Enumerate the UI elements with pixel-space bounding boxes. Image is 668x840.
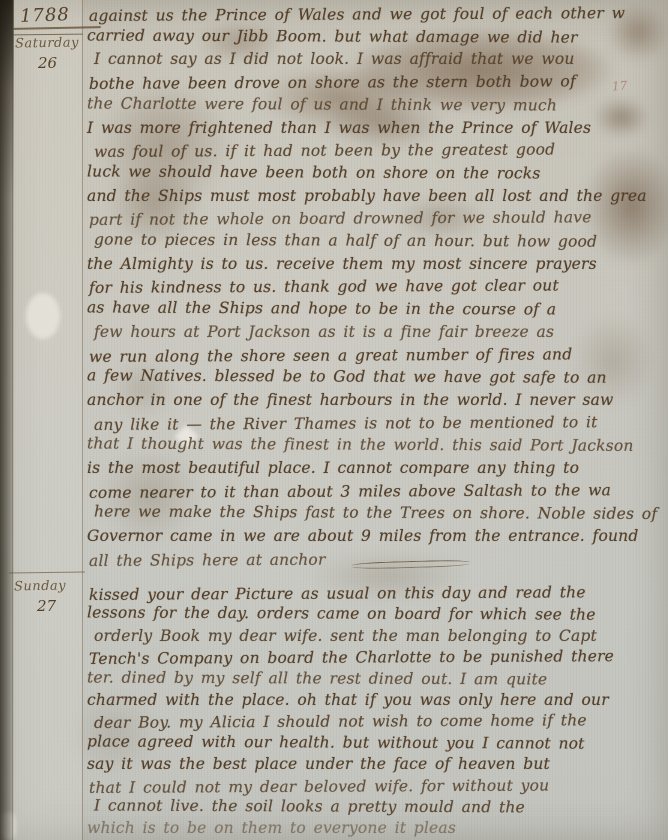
manuscript-line: which is to be on them to everyone it pl… xyxy=(87,818,668,839)
entry-day-label: Saturday xyxy=(15,35,79,51)
entry-day-label: Sunday xyxy=(14,579,66,595)
manuscript-line: Tench's Company on board the Charlotte t… xyxy=(89,645,668,670)
manuscript-line: charmed with the place. oh that if you w… xyxy=(87,690,668,711)
manuscript-line: lessons for the day. orders came on boar… xyxy=(87,603,668,628)
manuscript-line: few hours at Port Jackson as it is a fin… xyxy=(94,321,668,344)
manuscript-line: luck we should have been both on shore o… xyxy=(87,160,668,186)
manuscript-line: I was more frightened than I was when th… xyxy=(87,117,668,140)
manuscript-line: orderly Book my dear wife. sent the man … xyxy=(94,626,668,647)
manuscript-line: carried away our Jibb Boom. but what dam… xyxy=(87,24,668,50)
entry-date: 26 xyxy=(38,54,57,72)
manuscript-line: as have all the Ships and hope to be in … xyxy=(87,297,668,323)
date-margin-column xyxy=(13,0,82,840)
manuscript-line: the Charlotte were foul of us and I thin… xyxy=(87,92,668,118)
manuscript-line: the Almighty is to us. receive them my m… xyxy=(87,253,668,276)
manuscript-line: that I thought was the finest in the wor… xyxy=(87,433,668,459)
manuscript-line: say it was the best place under the face… xyxy=(87,754,668,775)
manuscript-line: anchor in one of the finest harbours in … xyxy=(87,389,668,412)
manuscript-line: was foul of us. if it had not been by th… xyxy=(94,137,668,163)
manuscript-line: here we make the Ships fast to the Trees… xyxy=(94,501,668,527)
manuscript-line: is the most beautiful place. I cannot co… xyxy=(87,457,668,480)
manuscript-line: ter. dined by my self all the rest dined… xyxy=(87,667,668,692)
manuscript-page: 1788 Saturday 26 Sunday 27 against us th… xyxy=(0,0,668,840)
entry-text-saturday-26: against us the Prince of Wales and we go… xyxy=(87,3,668,571)
margin-rule-line xyxy=(82,0,83,840)
manuscript-line: gone to pieces in less than a half of an… xyxy=(94,228,668,254)
manuscript-line: a few Natives. blessed be to God that we… xyxy=(87,365,668,391)
pencil-annotation: 17 xyxy=(612,78,628,93)
manuscript-line: bothe have been drove on shore as the st… xyxy=(89,69,668,95)
year-heading: 1788 xyxy=(20,4,71,27)
manuscript-line: and the Ships must most probably have be… xyxy=(87,185,668,208)
manuscript-line: I cannot live. the soil looks a pretty m… xyxy=(94,796,668,821)
manuscript-line: place agreed with our health. but withou… xyxy=(87,731,668,756)
manuscript-line: Governor came in we are about 9 miles fr… xyxy=(87,525,668,548)
entry-text-sunday-27: kissed your dear Picture as usual on thi… xyxy=(87,583,668,840)
entry-date: 27 xyxy=(37,597,56,615)
manuscript-line: against us the Prince of Wales and we go… xyxy=(89,1,668,27)
manuscript-line: I cannot say as I did not look. I was af… xyxy=(94,48,668,71)
